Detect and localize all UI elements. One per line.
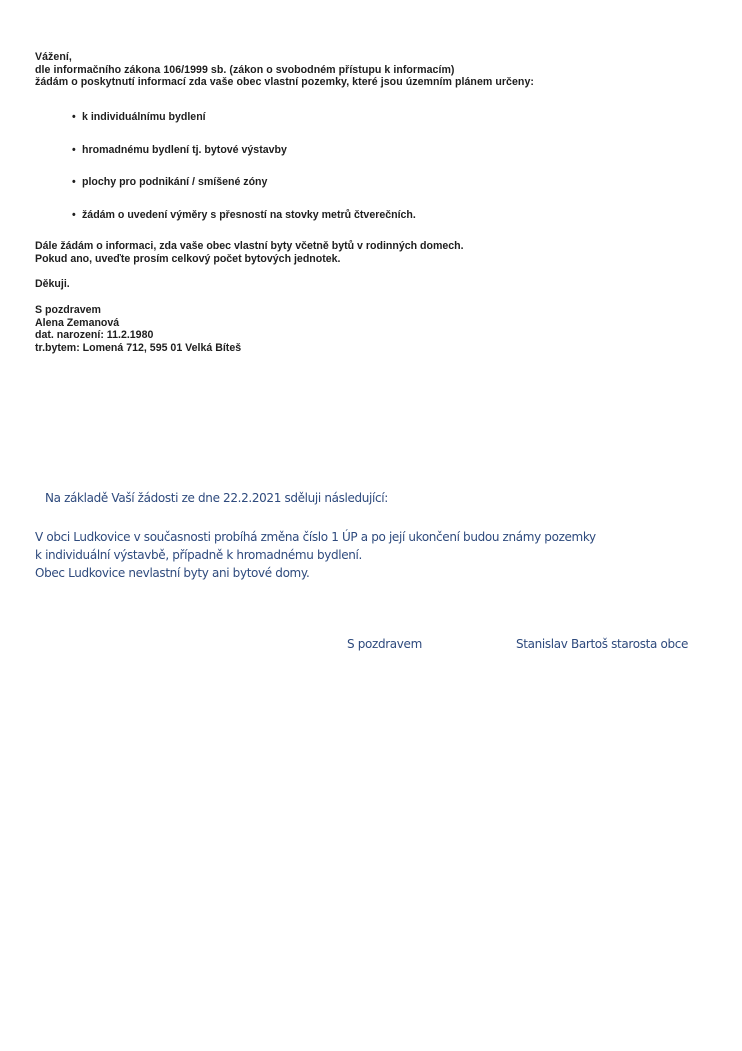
- bullet-icon: •: [72, 208, 82, 222]
- signature-name: Alena Zemanová: [35, 317, 241, 330]
- list-item: •hromadnému bydlení tj. bytové výstavby: [72, 143, 416, 176]
- list-item: •plochy pro podnikání / smíšené zóny: [72, 175, 416, 208]
- reply-body-line: V obci Ludkovice v současnosti probíhá z…: [35, 528, 596, 546]
- request-intro-line: žádám o poskytnutí informací zda vaše ob…: [35, 76, 534, 89]
- bullet-icon: •: [72, 143, 82, 157]
- signature-closing: S pozdravem: [35, 304, 241, 317]
- request-bullet-list: •k individuálnímu bydlení •hromadnému by…: [72, 110, 416, 241]
- list-item: •k individuálnímu bydlení: [72, 110, 416, 143]
- request-thanks: Děkuji.: [35, 278, 70, 290]
- reply-intro: Na základě Vaší žádosti ze dne 22.2.2021…: [45, 491, 388, 505]
- request-followup-line: Pokud ano, uveďte prosím celkový počet b…: [35, 253, 464, 266]
- request-followup: Dále žádám o informaci, zda vaše obec vl…: [35, 240, 464, 265]
- bullet-icon: •: [72, 175, 82, 189]
- request-signature: S pozdravem Alena Zemanová dat. narození…: [35, 304, 241, 354]
- signature-address: tr.bytem: Lomená 712, 595 01 Velká Bíteš: [35, 342, 241, 355]
- signature-birth-date: dat. narození: 11.2.1980: [35, 329, 241, 342]
- reply-signatory: Stanislav Bartoš starosta obce: [516, 637, 688, 651]
- request-intro-line: dle informačního zákona 106/1999 sb. (zá…: [35, 64, 534, 77]
- request-header: Vážení, dle informačního zákona 106/1999…: [35, 51, 534, 89]
- reply-body-line: Obec Ludkovice nevlastní byty ani bytové…: [35, 564, 596, 582]
- list-item: •žádám o uvedení výměry s přesností na s…: [72, 208, 416, 241]
- request-greeting: Vážení,: [35, 51, 534, 64]
- request-followup-line: Dále žádám o informaci, zda vaše obec vl…: [35, 240, 464, 253]
- bullet-icon: •: [72, 110, 82, 124]
- reply-body-line: k individuální výstavbě, případně k hrom…: [35, 546, 596, 564]
- reply-body: V obci Ludkovice v současnosti probíhá z…: [35, 528, 596, 582]
- reply-closing: S pozdravem: [347, 637, 422, 651]
